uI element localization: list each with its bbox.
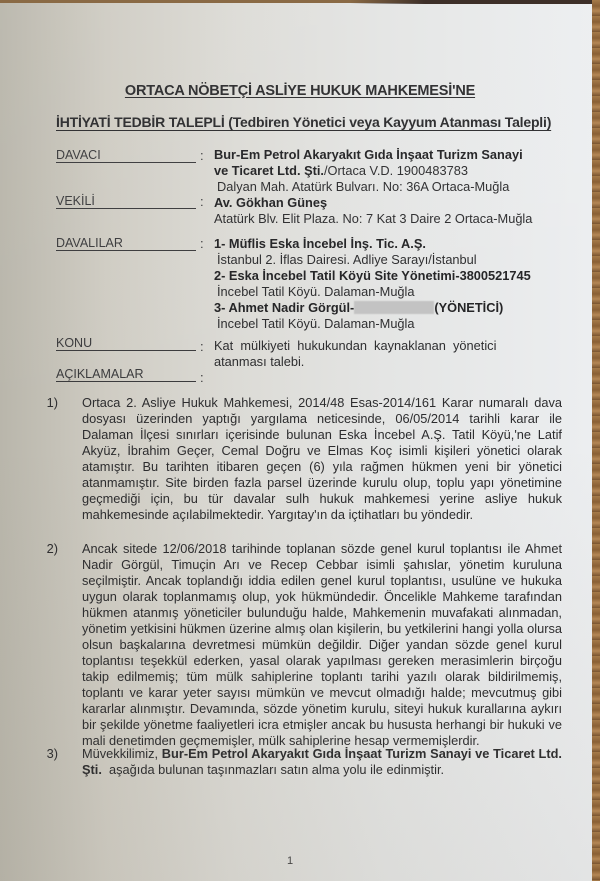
paragraph-2-number: 2)	[18, 541, 58, 557]
background-edge-top	[350, 0, 600, 4]
vekili-colon: :	[200, 194, 204, 209]
konu-value: Kat mülkiyeti hukukundan kaynaklanan yön…	[214, 338, 559, 370]
davalilar-label: DAVALILAR	[56, 236, 196, 251]
background-wood-edge	[592, 0, 600, 881]
paragraph-1-number: 1)	[18, 395, 58, 411]
petition-subtitle: İHTİYATİ TEDBİR TALEPLİ (Tedbiren Yöneti…	[56, 114, 551, 130]
paragraph-2-text: Ancak sitede 12/06/2018 tarihinde toplan…	[82, 541, 562, 749]
davali-3-role: (YÖNETİCİ)	[434, 300, 503, 315]
davaci-value: Bur-Em Petrol Akaryakıt Gıda İnşaat Turi…	[214, 147, 523, 195]
court-title-text: ORTACA NÖBETÇİ ASLİYE HUKUK MAHKEMESİ'NE	[125, 83, 475, 99]
vekili-name: Av. Gökhan Güneş	[214, 195, 327, 210]
page-number: 1	[0, 855, 580, 867]
redacted-block	[354, 301, 434, 314]
davaci-colon: :	[200, 148, 204, 163]
davali-2-name: 2- Eska İncebel Tatil Köyü Site Yönetimi…	[214, 268, 531, 283]
konu-colon: :	[200, 339, 204, 354]
davaci-name-line2: ve Ticaret Ltd. Şti.	[214, 163, 324, 178]
paragraph-3-pre: Müvekkilimiz,	[82, 746, 162, 761]
davali-1-address: İstanbul 2. İflas Dairesi. Adliye Sarayı…	[217, 252, 531, 268]
vekili-address: Atatürk Blv. Elit Plaza. No: 7 Kat 3 Dai…	[214, 211, 532, 227]
paragraph-1-text: Ortaca 2. Asliye Hukuk Mahkemesi, 2014/4…	[82, 395, 562, 523]
davaci-address: Dalyan Mah. Atatürk Bulvarı. No: 36A Ort…	[217, 179, 523, 195]
court-title: ORTACA NÖBETÇİ ASLİYE HUKUK MAHKEMESİ'NE	[0, 83, 592, 99]
konu-text-line2: atanması talebi.	[214, 354, 559, 370]
paragraph-1: 1) Ortaca 2. Asliye Hukuk Mahkemesi, 201…	[66, 395, 562, 523]
konu-label: KONU	[56, 336, 196, 351]
paragraph-2: 2) Ancak sitede 12/06/2018 tarihinde top…	[66, 541, 562, 749]
vekili-value: Av. Gökhan Güneş Atatürk Blv. Elit Plaza…	[214, 195, 532, 227]
davali-1-name: 1- Müflis Eska İncebel İnş. Tic. A.Ş.	[214, 236, 426, 251]
aciklamalar-colon: :	[200, 370, 204, 385]
davalilar-colon: :	[200, 236, 204, 251]
paragraph-3-text: Müvekkilimiz, Bur-Em Petrol Akaryakıt Gı…	[82, 746, 562, 778]
aciklamalar-label: AÇIKLAMALAR	[56, 367, 196, 382]
paragraph-3-post: aşağıda bulunan taşınmazları satın alma …	[102, 762, 444, 777]
vekili-label: VEKİLİ	[56, 194, 196, 209]
davaci-name: Bur-Em Petrol Akaryakıt Gıda İnşaat Turi…	[214, 147, 523, 162]
davali-3-name: 3- Ahmet Nadir Görgül-	[214, 300, 354, 315]
davali-3-address: İncebel Tatil Köyü. Dalaman-Muğla	[217, 316, 531, 332]
paragraph-3-number: 3)	[18, 746, 58, 762]
davali-2-address: İncebel Tatil Köyü. Dalaman-Muğla	[217, 284, 531, 300]
konu-text-line1: Kat mülkiyeti hukukundan kaynaklanan yön…	[214, 338, 559, 354]
davalilar-list: 1- Müflis Eska İncebel İnş. Tic. A.Ş. İs…	[214, 236, 531, 332]
paragraph-3: 3) Müvekkilimiz, Bur-Em Petrol Akaryakıt…	[66, 746, 562, 778]
davaci-label: DAVACI	[56, 148, 196, 163]
document-page: ORTACA NÖBETÇİ ASLİYE HUKUK MAHKEMESİ'NE…	[0, 3, 592, 881]
davaci-tax-info: /Ortaca V.D. 1900483783	[324, 163, 468, 178]
